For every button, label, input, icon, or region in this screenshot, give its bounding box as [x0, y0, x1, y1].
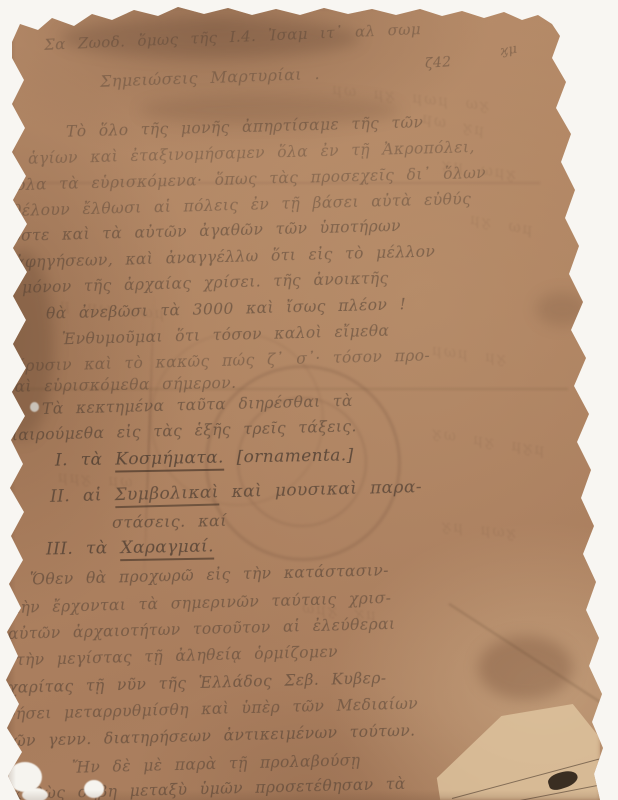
- manuscript-line: ὥστε καὶ τὰ αὐτῶν ἀγαθῶν τῶν ὑποτήρων: [8, 219, 401, 245]
- manuscript-line: ὅλα τὰ εὑρισκόμενα· ὅπως τὰς προσεχεῖς δ…: [16, 166, 486, 194]
- manuscript-line: ϗμ: [499, 43, 518, 59]
- manuscript-line: νήσει μεταρρυθμίσθη καὶ ὑπὲρ τῶν Μεδιαίω…: [6, 697, 418, 723]
- fold-crease-diagonal: [448, 603, 618, 719]
- manuscript-line: καθὼς σήβη μεταξὺ ὑμῶν προσετέθησαν τὰ: [12, 777, 406, 800]
- tape-residue-patch: [0, 490, 16, 528]
- manuscript-line: αὐτῶν ἀρχαιοτήτων τοσοῦτον αἱ ἐλεύθεραι: [8, 617, 396, 643]
- stain-smudge-bottom-right: [478, 636, 573, 700]
- paper-sheet: ϗω μωμ ϗμ ωμμϗ ωμϗμω μϗμω ϗμμωϗ ωμ μϗμ μ…: [0, 0, 618, 800]
- bleedthrough-line: μϗμ ϗμ ωϗ: [429, 423, 545, 459]
- manuscript-line: μόνον τῆς ἀρχαίας χρίσει. τῆς ἀνοικτῆς: [22, 271, 389, 296]
- manuscript-line: Ἤν δὲ μὲ παρὰ τῇ προλαβούσῃ: [72, 753, 361, 776]
- bleedthrough-line: ϗωμ μϗ: [439, 516, 517, 542]
- paper-hole: [84, 780, 104, 798]
- scanned-document-page: ϗω μωμ ϗμ ωμμϗ ωμϗμω μϗμω ϗμμωϗ ωμ μϗμ μ…: [0, 0, 618, 800]
- paper-hole: [0, 738, 12, 762]
- manuscript-line: Σα Ζωοδ. ὅμως τῆς Ι.4. Ἰσαμ ιτ᾽ αλ σωμ: [44, 22, 421, 53]
- manuscript-line: ἀφηγήσεων, καὶ ἀναγγέλλω ὅτι εἰς τὸ μέλλ…: [14, 244, 436, 271]
- light-stain-patch: [430, 700, 600, 800]
- manuscript-line: Τὸ ὅλο τῆς μονῆς ἀπηρτίσαμε τῆς τῶν: [66, 115, 424, 140]
- bleedthrough-line: μω ϗμ: [467, 210, 534, 239]
- bleedthrough-line: ϗω μωμ ϗμ ωμ: [329, 80, 490, 115]
- bleedthrough-line: μϗ ωμ: [419, 108, 486, 139]
- bleedthrough-line: ϗμ μωμ: [429, 340, 507, 367]
- manuscript-line: θέλουν ἔλθωσι αἱ πόλεις ἐν τῇ βάσει αὐτὰ…: [12, 192, 472, 220]
- stain-smudge-right: [536, 292, 588, 326]
- paper-hole-small: [30, 402, 39, 412]
- manuscript-line: στάσεις. καί: [112, 513, 227, 531]
- manuscript-line: τῶν γενν. διατηρήσεων ἀντικειμένων τούτω…: [4, 724, 416, 750]
- manuscript-line: ἁγίων καὶ ἐταξινομήσαμεν ὅλα ἐν τῇ Ἀκροπ…: [28, 140, 475, 167]
- manuscript-line: III. τὰ Χαραγμαί.: [46, 539, 214, 559]
- manuscript-line: χαρίτας τῇ νῦν τῆς Ἑλλάδος Σεβ. Κυβερ-: [8, 671, 387, 696]
- manuscript-line: ζ42: [425, 55, 453, 71]
- manuscript-line: Σημειώσεις Μαρτυρίαι .: [100, 66, 320, 90]
- manuscript-line: Ὅθεν θὰ προχωρῶ εἰς τὴν κατάστασιν-: [30, 563, 389, 588]
- manuscript-line: τὴν μεγίστας τῇ ἀληθείᾳ ὁρμίζομεν: [16, 645, 338, 669]
- paper-hole: [22, 788, 48, 800]
